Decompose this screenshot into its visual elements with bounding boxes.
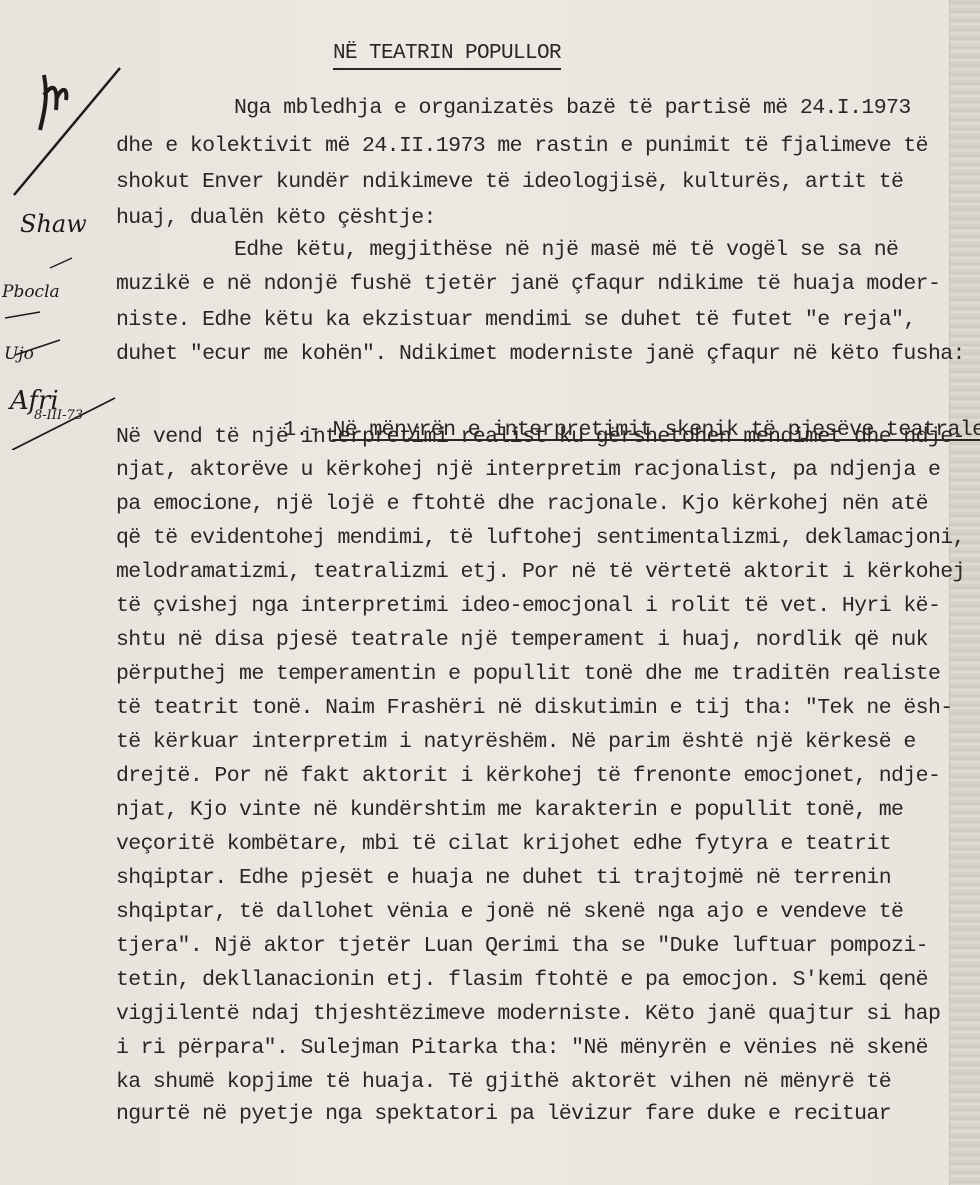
text-line: huaj, dualën këto çështje: (116, 204, 436, 232)
margin-note-1: Shaw (20, 210, 87, 238)
text-line: të kërkuar interpretim i natyrëshëm. Në … (116, 728, 916, 756)
text-line: Edhe këtu, megjithëse në një masë më të … (234, 236, 898, 264)
text-line: të çvishej nga interpretimi ideo-emocjon… (116, 592, 940, 620)
text-line: pa emocione, një lojë e ftohtë dhe racjo… (116, 490, 928, 518)
text-line: Nga mbledhja e organizatës bazë të parti… (234, 94, 911, 122)
margin-note-2: Pbocla (2, 282, 60, 302)
text-line: ngurtë në pyetje nga spektatori pa lëviz… (116, 1100, 891, 1128)
document-title: NË TEATRIN POPULLOR (333, 42, 561, 70)
text-line: muzikë e në ndonjë fushë tjetër janë çfa… (116, 270, 940, 298)
text-line: tetin, dekllanacionin etj. flasim ftohtë… (116, 966, 928, 994)
text-line: Në vend të një interpretimi realist ku g… (116, 423, 965, 451)
text-line: përputhej me temperamentin e popullit to… (116, 660, 940, 688)
text-line: njat, aktorëve u kërkohej një interpreti… (116, 456, 940, 484)
text-line: njat, Kjo vinte në kundërshtim me karakt… (116, 796, 903, 824)
text-line: melodramatizmi, teatralizmi etj. Por në … (116, 558, 965, 586)
text-line: shokut Enver kundër ndikimeve të ideolog… (116, 168, 903, 196)
text-line: shtu në disa pjesë teatrale një temperam… (116, 626, 928, 654)
text-line: shqiptar, të dallohet vënia e jonë në sk… (116, 898, 903, 926)
margin-note-3: Ujo (4, 344, 34, 364)
text-line: duhet "ecur me kohën". Ndikimet modernis… (116, 340, 965, 368)
text-line: niste. Edhe këtu ka ekzistuar mendimi se… (116, 306, 916, 334)
text-line: drejtë. Por në fakt aktorit i kërkohej t… (116, 762, 940, 790)
text-line: ka shumë kopjime të huaja. Të gjithë akt… (116, 1068, 891, 1096)
text-line: veçoritë kombëtare, mbi të cilat krijohe… (116, 830, 891, 858)
text-line: të teatrit tonë. Naim Frashëri në diskut… (116, 694, 953, 722)
text-line: që të evidentohej mendimi, të luftohej s… (116, 524, 965, 552)
text-line: vigjilentë ndaj thjeshtëzimeve modernist… (116, 1000, 940, 1028)
text-line: dhe e kolektivit më 24.II.1973 me rastin… (116, 132, 928, 160)
text-line: shqiptar. Edhe pjesët e huaja ne duhet t… (116, 864, 891, 892)
text-line: tjera". Një aktor tjetër Luan Qerimi tha… (116, 932, 928, 960)
margin-note-date: 8-III-73 (34, 408, 83, 423)
underlying-page-edge (949, 0, 980, 1185)
text-line: i ri përpara". Sulejman Pitarka tha: "Në… (116, 1034, 928, 1062)
